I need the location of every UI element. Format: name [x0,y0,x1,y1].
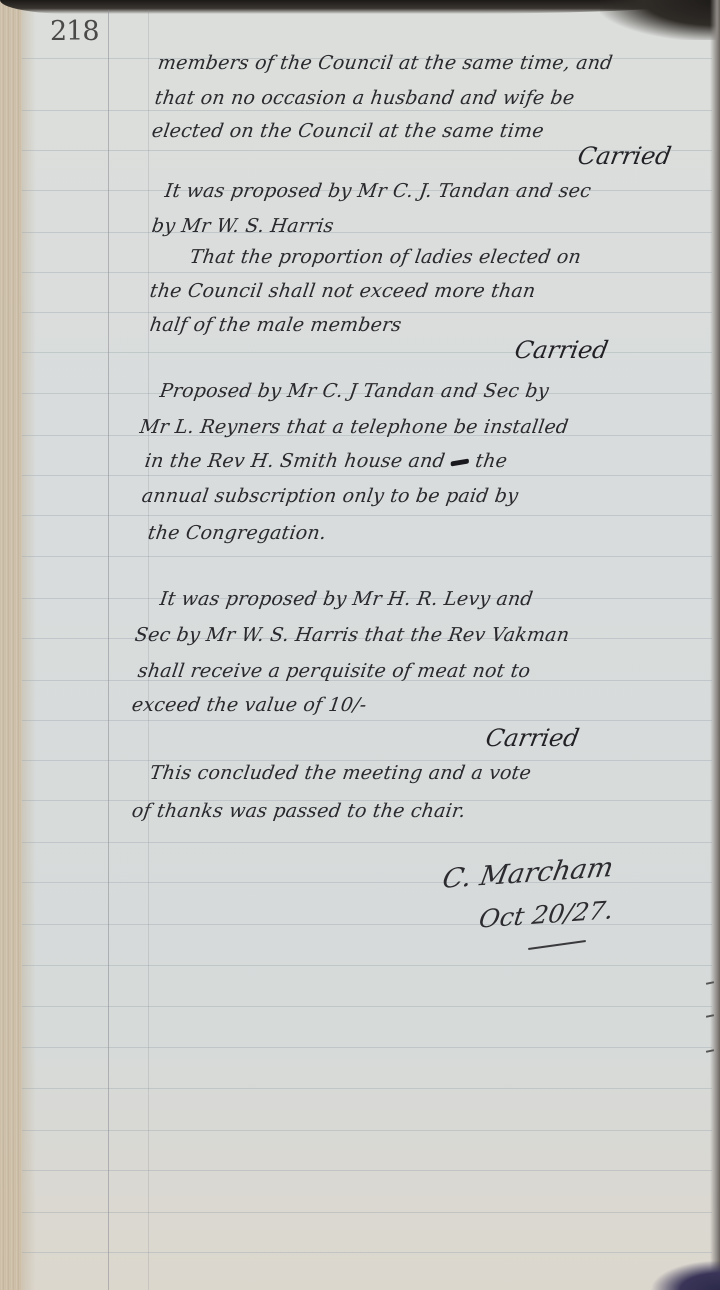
entry-1-line-2: that on no occasion a husband and wife b… [153,87,576,109]
ruled-line [22,272,712,273]
entry-3-line-4: annual subscription only to be paid by [140,485,519,507]
ruled-line [22,720,712,721]
page-edges [0,0,22,1290]
entry-1-result: Carried [576,142,674,170]
ruled-line [22,1170,712,1171]
ruled-line [22,110,712,111]
margin-line [108,10,109,1290]
ruled-line [22,1006,712,1007]
entry-1-line-3: elected on the Council at the same time [150,120,545,142]
entry-2-line-1: It was proposed by Mr C. J. Tandan and s… [163,180,592,202]
entry-2-line-4: the Council shall not exceed more than [148,280,537,302]
entry-4-line-4: exceed the value of 10/- [130,694,368,716]
entry-1-line-1: members of the Council at the same time,… [156,52,614,74]
ruled-line [22,965,712,966]
entry-3-line-1: Proposed by Mr C. J Tandan and Sec by [158,380,550,402]
page-curl [600,0,720,40]
entry-3-line-3-text: in the Rev H. Smith house and [143,450,446,472]
entry-4-line-1: It was proposed by Mr H. R. Levy and [158,588,534,610]
struck-out-word [451,458,469,466]
ledger-page: 218 members of the Council at the same t… [0,0,720,1290]
entry-3-line-5: the Congregation. [146,522,327,544]
entry-3-line-3-tail: the [474,450,509,472]
right-edge-shadow [710,0,720,1290]
ruled-line [22,1212,712,1213]
margin-line [148,10,149,1290]
ruled-line [22,1088,712,1089]
ruled-line [22,352,712,353]
signature-name: C. Marcham [440,852,616,895]
entry-2-line-3: That the proportion of ladies elected on [188,246,582,268]
ruled-line [22,1130,712,1131]
ruled-line [22,232,712,233]
ruled-line [22,760,712,761]
ruled-line [22,842,712,843]
entry-3-line-3: in the Rev H. Smith house and the [143,450,508,472]
ruled-line [22,1047,712,1048]
book-cover-corner [650,1260,720,1290]
signature-date: Oct 20/27. [477,895,615,933]
entry-5-line-2: of thanks was passed to the chair. [130,800,467,822]
signature-underline [528,940,586,950]
entry-4-line-3: shall receive a perquisite of meat not t… [136,660,531,682]
entry-2-line-2: by Mr W. S. Harris [150,215,335,237]
entry-2-line-5: half of the male members [148,314,402,336]
ruled-line [22,556,712,557]
entry-3-line-2: Mr L. Reyners that a telephone be instal… [138,416,569,438]
entry-5-line-1: This concluded the meeting and a vote [148,762,532,784]
entry-4-line-2: Sec by Mr W. S. Harris that the Rev Vakm… [133,624,570,646]
ruled-line [22,515,712,516]
entry-2-result: Carried [513,336,611,364]
page-number: 218 [50,16,99,47]
ruled-line [22,312,712,313]
ruled-line [22,475,712,476]
ruled-line [22,1252,712,1253]
entry-4-result: Carried [484,724,582,752]
